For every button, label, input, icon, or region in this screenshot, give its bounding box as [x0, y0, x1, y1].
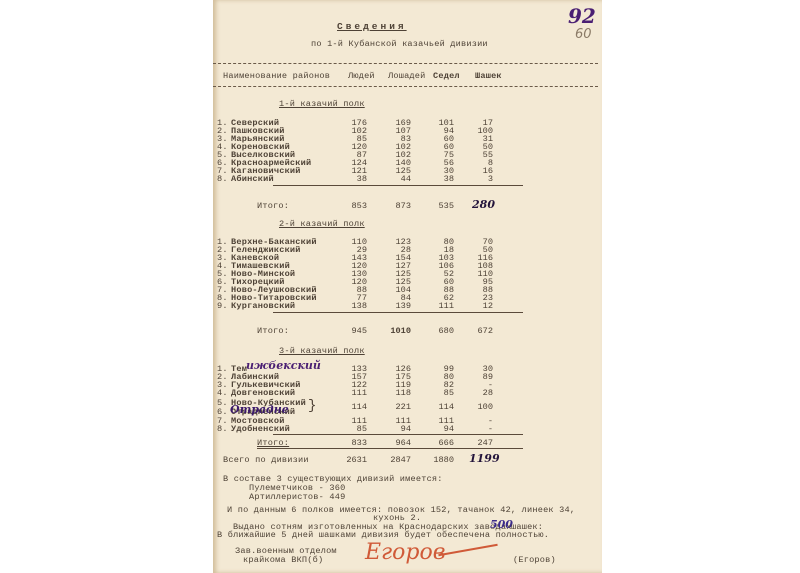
bracket-mark: } — [308, 398, 317, 414]
regiment-1-heading: 1-й казачий полк — [279, 99, 365, 109]
archive-ink-number: 92 — [568, 4, 596, 28]
col-header-people: Людей — [348, 71, 375, 81]
header-top-rule — [213, 63, 598, 64]
handwritten-correction: ижбекский — [246, 359, 321, 372]
row-underline — [257, 448, 523, 449]
archive-pencil-number: 60 — [575, 27, 592, 42]
col-header-district: Наименование районов — [223, 71, 330, 81]
archival-document-page: 92 60 Сведения по 1-й Кубанской казачьей… — [213, 0, 602, 573]
regiment-3-heading: 3-й казачий полк — [279, 346, 365, 356]
row-underline — [273, 312, 523, 313]
row-underline — [273, 185, 523, 186]
col-header-sabres: Шашек — [475, 71, 502, 81]
document-subtitle: по 1-й Кубанской казачьей дивизии — [311, 39, 488, 49]
handwritten-correction: Отрадне — [230, 403, 289, 416]
district-name: Абинский — [231, 174, 274, 184]
grand-total-label: Всего по дивизии — [223, 455, 309, 465]
col-header-saddles: Седел — [433, 71, 460, 81]
regiment-2-heading: 2-й казачий полк — [279, 219, 365, 229]
row-underline — [273, 434, 523, 435]
header-bottom-rule — [213, 86, 598, 87]
district-name: Кургановский — [231, 301, 295, 311]
col-header-horses: Лошадей — [388, 71, 426, 81]
document-title: Сведения — [337, 21, 407, 32]
handwritten-signature: Егоров — [365, 540, 446, 565]
district-name: Довгеновский — [231, 388, 295, 398]
district-name: Удобненский — [231, 424, 290, 434]
signatory-name: (Егоров) — [513, 555, 556, 565]
signature-stroke — [438, 544, 497, 556]
